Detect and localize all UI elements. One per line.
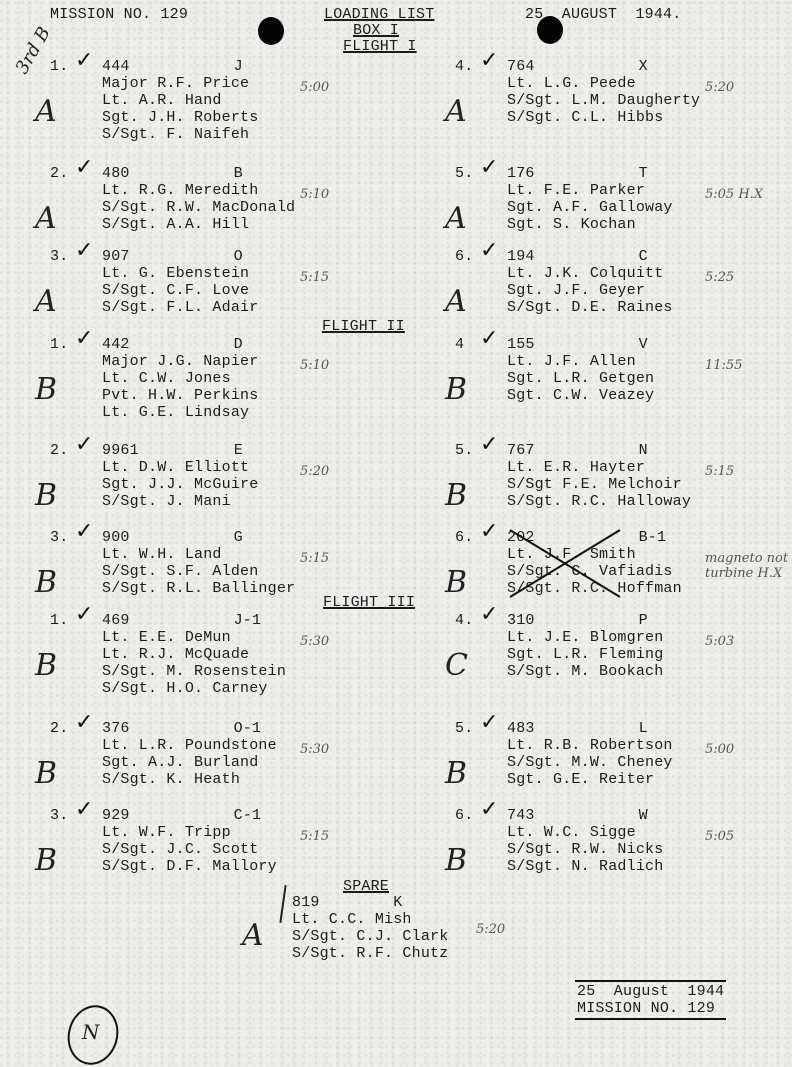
crew-member: S/Sgt. H.O. Carney (102, 680, 286, 697)
spare-aircraft-line: 819 K (292, 894, 448, 911)
crew-position: 6. (455, 248, 473, 265)
aircraft-line: 907O (102, 248, 258, 265)
time-note: 5:05 (705, 829, 734, 844)
aircraft-line: 743W (507, 807, 663, 824)
crew-grade: A (242, 918, 264, 953)
crew-grade: B (445, 565, 467, 600)
crew-member: S/Sgt. R.C. Halloway (507, 493, 691, 510)
time-note: 5:15 (300, 551, 329, 566)
crew-member: Sgt. S. Kochan (507, 216, 673, 233)
time-note: 5:15 (300, 270, 329, 285)
aircraft-line: 155V (507, 336, 654, 353)
crew-member: Sgt. A.F. Galloway (507, 199, 673, 216)
crew-member: S/Sgt. C.F. Love (102, 282, 258, 299)
check-mark-icon: ✓ (75, 602, 93, 627)
aircraft-letter: W (639, 807, 648, 824)
crew-member: S/Sgt. M. Rosenstein (102, 663, 286, 680)
crew-member: S/Sgt. J.C. Scott (102, 841, 277, 858)
aircraft-number: 310 (507, 612, 535, 629)
crew-member: S/Sgt. D.F. Mallory (102, 858, 277, 875)
aircraft-line: 767N (507, 442, 691, 459)
crew-grade: B (445, 756, 467, 791)
aircraft-letter: X (639, 58, 648, 75)
crew-member: Sgt. J.F. Geyer (507, 282, 673, 299)
crew-member: S/Sgt. M.W. Cheney (507, 754, 673, 771)
crew-member: Lt. A.R. Hand (102, 92, 258, 109)
aircraft-number: 9961 (102, 442, 139, 459)
aircraft-number: 764 (507, 58, 535, 75)
crew-grade: B (35, 756, 57, 791)
aircraft-number: 469 (102, 612, 130, 629)
crew-position: 6. (455, 807, 473, 824)
footer-date: 25 August 1944 (577, 983, 724, 1000)
crew-block: 907OLt. G. EbensteinS/Sgt. C.F. LoveS/Sg… (102, 248, 258, 316)
crew-grade: B (35, 565, 57, 600)
aircraft-letter: J (234, 58, 243, 75)
crew-position: 5. (455, 165, 473, 182)
check-mark-icon: ✓ (480, 432, 498, 457)
crew-block: 469J-1Lt. E.E. DeMunLt. R.J. McQuadeS/Sg… (102, 612, 286, 697)
crew-member: Sgt. J.H. Roberts (102, 109, 258, 126)
crew-block: 483LLt. R.B. RobertsonS/Sgt. M.W. Cheney… (507, 720, 673, 788)
crew-position: 4. (455, 58, 473, 75)
crew-grade: A (35, 284, 57, 319)
crew-position: 2. (50, 720, 68, 737)
check-mark-icon: ✓ (480, 326, 498, 351)
crew-member: S/Sgt. F.L. Adair (102, 299, 258, 316)
footer-stamp: 25 August 1944 MISSION NO. 129 (575, 980, 726, 1020)
flight-label: FLIGHT III (323, 594, 415, 611)
crew-grade: C (445, 648, 468, 683)
crew-grade: B (35, 648, 57, 683)
check-mark-icon: ✓ (480, 238, 498, 263)
aircraft-number: 907 (102, 248, 130, 265)
crew-position: 3. (50, 807, 68, 824)
aircraft-line: 176T (507, 165, 673, 182)
document-title: LOADING LIST (324, 6, 434, 23)
aircraft-line: 764X (507, 58, 700, 75)
crew-member: Sgt. L.R. Fleming (507, 646, 663, 663)
time-note: 5:30 (300, 742, 329, 757)
crew-member: S/Sgt. R.W. MacDonald (102, 199, 295, 216)
crew-position: 6. (455, 529, 473, 546)
crew-member: Sgt. L.R. Getgen (507, 370, 654, 387)
crew-position: 4. (455, 612, 473, 629)
time-note: 5:00 (705, 742, 734, 757)
crew-member: S/Sgt. R.W. Nicks (507, 841, 663, 858)
crew-grade: A (445, 284, 467, 319)
crew-block: 480BLt. R.G. MeredithS/Sgt. R.W. MacDona… (102, 165, 295, 233)
aircraft-number: 444 (102, 58, 130, 75)
cross-out-mark (505, 525, 625, 600)
time-note: 11:55 (705, 358, 742, 373)
spare-label: SPARE (343, 878, 389, 895)
aircraft-number: 176 (507, 165, 535, 182)
crew-member: Lt. R.B. Robertson (507, 737, 673, 754)
crew-block: 155VLt. J.F. AllenSgt. L.R. GetgenSgt. C… (507, 336, 654, 404)
crew-member: S/Sgt. R.L. Ballinger (102, 580, 295, 597)
aircraft-line: 9961E (102, 442, 258, 459)
crew-block: 376O-1Lt. L.R. PoundstoneSgt. A.J. Burla… (102, 720, 277, 788)
crew-member: Lt. D.W. Elliott (102, 459, 258, 476)
crew-grade: B (445, 843, 467, 878)
time-note: 5:25 (705, 270, 734, 285)
crew-member: Lt. F.E. Parker (507, 182, 673, 199)
crew-member: S/Sgt F.E. Melchoir (507, 476, 691, 493)
aircraft-line: 469J-1 (102, 612, 286, 629)
crew-member: S/Sgt. K. Heath (102, 771, 277, 788)
aircraft-letter: L (639, 720, 648, 737)
crew-position: 4 (455, 336, 464, 353)
aircraft-line: 929C-1 (102, 807, 277, 824)
aircraft-line: 480B (102, 165, 295, 182)
crew-block: 310PLt. J.E. BlomgrenSgt. L.R. FlemingS/… (507, 612, 663, 680)
crew-member: Lt. R.G. Meredith (102, 182, 295, 199)
box-label: BOX I (353, 22, 399, 39)
aircraft-letter: O-1 (234, 720, 262, 737)
crew-member: Lt. C.C. Mish (292, 911, 448, 928)
crew-member: Lt. E.E. DeMun (102, 629, 286, 646)
check-mark-icon: ✓ (480, 602, 498, 627)
crew-grade: A (35, 201, 57, 236)
aircraft-number: 767 (507, 442, 535, 459)
crew-block: 442DMajor J.G. NapierLt. C.W. JonesPvt. … (102, 336, 258, 421)
aircraft-number: 819 (292, 894, 320, 911)
crew-member: Lt. L.G. Peede (507, 75, 700, 92)
check-mark-icon: ✓ (75, 238, 93, 263)
time-note: 5:10 (300, 187, 329, 202)
crew-grade: A (445, 201, 467, 236)
crew-member: S/Sgt. M. Bookach (507, 663, 663, 680)
check-mark-icon: ✓ (480, 710, 498, 735)
crew-member: S/Sgt. A.A. Hill (102, 216, 295, 233)
check-mark-icon: ✓ (75, 797, 93, 822)
flight-label: FLIGHT II (322, 318, 405, 335)
aircraft-letter: E (234, 442, 243, 459)
time-note: 5:03 (705, 634, 734, 649)
time-note: magneto not turbine H.X (705, 551, 792, 581)
check-mark-icon: ✓ (480, 155, 498, 180)
aircraft-letter: O (234, 248, 243, 265)
time-note: 5:10 (300, 358, 329, 373)
aircraft-number: 155 (507, 336, 535, 353)
check-mark-icon: ✓ (75, 710, 93, 735)
crew-grade: B (35, 843, 57, 878)
aircraft-number: 442 (102, 336, 130, 353)
time-note: 5:00 (300, 80, 329, 95)
aircraft-letter: C-1 (234, 807, 262, 824)
time-note: 5:30 (300, 634, 329, 649)
check-mark-icon: ✓ (480, 519, 498, 544)
crew-grade: A (35, 94, 57, 129)
crew-grade: A (445, 94, 467, 129)
check-mark-icon: ✓ (75, 432, 93, 457)
aircraft-letter: B-1 (639, 529, 667, 546)
footer-mission: MISSION NO. 129 (577, 1000, 724, 1017)
time-note: 5:15 (705, 464, 734, 479)
aircraft-letter: N (639, 442, 648, 459)
aircraft-letter: G (234, 529, 243, 546)
crew-block: 194CLt. J.K. ColquittSgt. J.F. GeyerS/Sg… (507, 248, 673, 316)
crew-member: Lt. J.F. Allen (507, 353, 654, 370)
aircraft-line: 483L (507, 720, 673, 737)
crew-member: Lt. E.R. Hayter (507, 459, 691, 476)
time-note: 5:05 H.X (705, 187, 763, 202)
circled-note: N (82, 1020, 100, 1044)
crew-member: Pvt. H.W. Perkins (102, 387, 258, 404)
crew-member: S/Sgt. D.E. Raines (507, 299, 673, 316)
crew-grade: B (445, 478, 467, 513)
check-mark-icon: ✓ (75, 326, 93, 351)
aircraft-letter: K (393, 894, 402, 911)
crew-block: 900GLt. W.H. LandS/Sgt. S.F. AldenS/Sgt.… (102, 529, 295, 597)
crew-member: S/Sgt. L.M. Daugherty (507, 92, 700, 109)
crew-position: 1. (50, 336, 68, 353)
aircraft-number: 900 (102, 529, 130, 546)
crew-position: 3. (50, 248, 68, 265)
check-mark-icon: ✓ (75, 48, 93, 73)
crew-member: Sgt. C.W. Veazey (507, 387, 654, 404)
crew-member: Lt. J.K. Colquitt (507, 265, 673, 282)
crew-member: Sgt. G.E. Reiter (507, 771, 673, 788)
crew-block: 743WLt. W.C. SiggeS/Sgt. R.W. NicksS/Sgt… (507, 807, 663, 875)
aircraft-number: 483 (507, 720, 535, 737)
crew-member: Lt. G. Ebenstein (102, 265, 258, 282)
crew-position: 5. (455, 720, 473, 737)
crew-member: Major R.F. Price (102, 75, 258, 92)
aircraft-line: 442D (102, 336, 258, 353)
crew-member: Sgt. A.J. Burland (102, 754, 277, 771)
aircraft-letter: V (639, 336, 648, 353)
mission-number: MISSION NO. 129 (50, 6, 188, 23)
crew-member: Lt. W.C. Sigge (507, 824, 663, 841)
crew-member: Lt. W.F. Tripp (102, 824, 277, 841)
crew-block: 767NLt. E.R. HayterS/Sgt F.E. MelchoirS/… (507, 442, 691, 510)
crew-member: S/Sgt. C.L. Hibbs (507, 109, 700, 126)
flight-label: FLIGHT I (343, 38, 417, 55)
crew-member: Lt. G.E. Lindsay (102, 404, 258, 421)
aircraft-number: 376 (102, 720, 130, 737)
time-note: 5:20 (476, 922, 505, 937)
punch-hole (258, 17, 284, 45)
crew-position: 2. (50, 165, 68, 182)
crew-grade: B (35, 478, 57, 513)
aircraft-letter: D (234, 336, 243, 353)
aircraft-number: 480 (102, 165, 130, 182)
aircraft-letter: J-1 (234, 612, 262, 629)
crew-position: 5. (455, 442, 473, 459)
spare-crew: 819 K Lt. C.C. Mish S/Sgt. C.J. Clark S/… (292, 894, 448, 962)
check-mark-icon: ✓ (75, 155, 93, 180)
time-note: 5:15 (300, 829, 329, 844)
crew-position: 3. (50, 529, 68, 546)
crew-position: 2. (50, 442, 68, 459)
time-note: 5:20 (300, 464, 329, 479)
crew-block: 764XLt. L.G. PeedeS/Sgt. L.M. DaughertyS… (507, 58, 700, 126)
aircraft-line: 444J (102, 58, 258, 75)
crew-member: Lt. J.E. Blomgren (507, 629, 663, 646)
crew-grade: B (35, 372, 57, 407)
aircraft-letter: T (639, 165, 648, 182)
crew-member: S/Sgt. F. Naifeh (102, 126, 258, 143)
aircraft-line: 376O-1 (102, 720, 277, 737)
punch-hole (537, 16, 563, 44)
crew-member: Lt. W.H. Land (102, 546, 295, 563)
aircraft-line: 310P (507, 612, 663, 629)
crew-member: S/Sgt. R.F. Chutz (292, 945, 448, 962)
aircraft-number: 194 (507, 248, 535, 265)
time-note: 5:20 (705, 80, 734, 95)
crew-member: Lt. C.W. Jones (102, 370, 258, 387)
check-mark-icon: ✓ (480, 797, 498, 822)
crew-member: S/Sgt. C.J. Clark (292, 928, 448, 945)
aircraft-letter: C (639, 248, 648, 265)
aircraft-letter: B (234, 165, 243, 182)
aircraft-letter: P (639, 612, 648, 629)
crew-position: 1. (50, 612, 68, 629)
check-mark-icon: ✓ (75, 519, 93, 544)
crew-member: Sgt. J.J. McGuire (102, 476, 258, 493)
crew-member: Lt. R.J. McQuade (102, 646, 286, 663)
aircraft-number: 743 (507, 807, 535, 824)
crew-member: S/Sgt. J. Mani (102, 493, 258, 510)
aircraft-line: 900G (102, 529, 295, 546)
crew-block: 929C-1Lt. W.F. TrippS/Sgt. J.C. ScottS/S… (102, 807, 277, 875)
aircraft-line: 194C (507, 248, 673, 265)
crew-member: S/Sgt. N. Radlich (507, 858, 663, 875)
crew-member: Major J.G. Napier (102, 353, 258, 370)
crew-block: 444JMajor R.F. PriceLt. A.R. HandSgt. J.… (102, 58, 258, 143)
crew-block: 176TLt. F.E. ParkerSgt. A.F. GallowaySgt… (507, 165, 673, 233)
crew-grade: B (445, 372, 467, 407)
check-mark-icon: ✓ (480, 48, 498, 73)
aircraft-number: 929 (102, 807, 130, 824)
crew-member: S/Sgt. S.F. Alden (102, 563, 295, 580)
crew-member: Lt. L.R. Poundstone (102, 737, 277, 754)
crew-block: 9961ELt. D.W. ElliottSgt. J.J. McGuireS/… (102, 442, 258, 510)
crew-position: 1. (50, 58, 68, 75)
